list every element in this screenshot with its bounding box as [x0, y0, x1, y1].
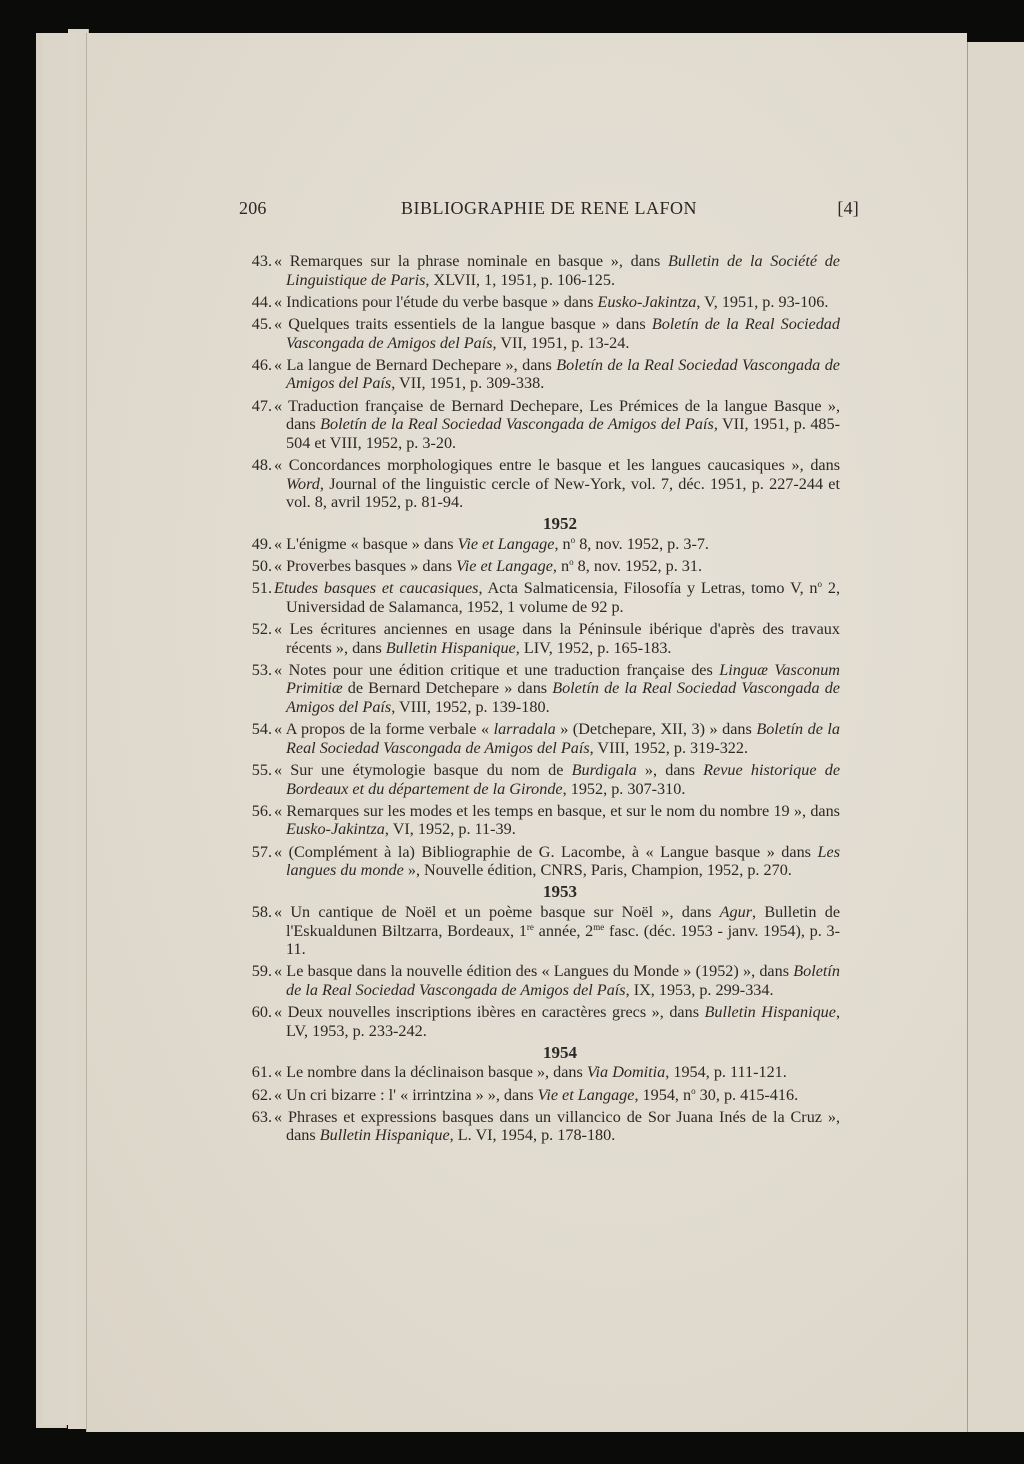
- entry-number: 49.: [240, 535, 272, 554]
- bibliography-list: 43.« Remarques sur la phrase nominale en…: [240, 252, 840, 1149]
- bibliography-entry: 49.« L'énigme « basque » dans Vie et Lan…: [240, 535, 840, 554]
- bibliography-entry: 52.« Les écritures anciennes en usage da…: [240, 620, 840, 657]
- text-segment: « Deux nouvelles inscriptions ibères en …: [274, 1003, 705, 1021]
- entry-text: Etudes basques et caucasiques, Acta Salm…: [274, 579, 840, 616]
- entry-text: « Proverbes basques » dans Vie et Langag…: [274, 557, 840, 576]
- text-segment: , n: [554, 535, 570, 553]
- bibliography-entry: 59.« Le basque dans la nouvelle édition …: [240, 962, 840, 999]
- entry-number: 51.: [240, 579, 272, 598]
- text-segment: , V, 1951, p. 93-106.: [696, 293, 828, 311]
- text-segment: « Le nombre dans la déclinaison basque »…: [274, 1063, 587, 1081]
- entry-text: « Un cantique de Noël et un poème basque…: [274, 903, 840, 959]
- entry-text: « A propos de la forme verbale « larrada…: [274, 720, 840, 757]
- entry-text: « Remarques sur la phrase nominale en ba…: [274, 252, 840, 289]
- italic-title: Burdigala: [572, 761, 637, 779]
- entry-number: 56.: [240, 802, 272, 821]
- text-segment: , 1954, p. 111-121.: [665, 1063, 787, 1081]
- entry-text: « Phrases et expressions basques dans un…: [274, 1108, 840, 1145]
- text-segment: « Remarques sur les modes et les temps e…: [274, 802, 840, 820]
- italic-title: Vie et Langage: [538, 1086, 635, 1104]
- entry-number: 44.: [240, 293, 272, 312]
- text-segment: , 1952, p. 307-310.: [563, 780, 686, 798]
- italic-title: Bulletin Hispanique: [320, 1126, 450, 1144]
- text-segment: , VIII, 1952, p. 319-322.: [590, 739, 748, 757]
- text-segment: », Nouvelle édition, CNRS, Paris, Champi…: [404, 861, 792, 879]
- text-segment: « La langue de Bernard Dechepare », dans: [274, 356, 556, 374]
- italic-title: Word: [286, 475, 320, 493]
- entry-number: 55.: [240, 761, 272, 780]
- superscript: me: [593, 922, 604, 932]
- text-segment: « Concordances morphologiques entre le b…: [274, 456, 840, 474]
- italic-title: Bulletin Hispanique: [386, 639, 516, 657]
- text-segment: 30, p. 415-416.: [696, 1086, 799, 1104]
- bibliography-entry: 55.« Sur une étymologie basque du nom de…: [240, 761, 840, 798]
- italic-title: Vie et Langage: [458, 535, 555, 553]
- entry-number: 53.: [240, 661, 272, 680]
- entry-number: 57.: [240, 843, 272, 862]
- text-segment: , XLVII, 1, 1951, p. 106-125.: [425, 271, 615, 289]
- section-marker: [4]: [837, 198, 859, 219]
- entry-number: 52.: [240, 620, 272, 639]
- entry-text: « Un cri bizarre : l' « irrintzina » », …: [274, 1086, 840, 1105]
- text-segment: , IX, 1953, p. 299-334.: [626, 981, 774, 999]
- italic-title: Eusko-Jakintza: [286, 820, 385, 838]
- entry-number: 50.: [240, 557, 272, 576]
- entry-text: « L'énigme « basque » dans Vie et Langag…: [274, 535, 840, 554]
- text-segment: » (Detchepare, XII, 3) » dans: [556, 720, 757, 738]
- italic-title: Etudes basques et caucasiques: [274, 579, 478, 597]
- text-segment: , 1954, n: [634, 1086, 691, 1104]
- entry-number: 48.: [240, 456, 272, 475]
- italic-title: Eusko-Jakintza: [597, 293, 696, 311]
- running-title: BIBLIOGRAPHIE DE RENE LAFON: [239, 198, 859, 219]
- bibliography-entry: 51.Etudes basques et caucasiques, Acta S…: [240, 579, 840, 616]
- italic-title: Via Domitia: [587, 1063, 665, 1081]
- text-segment: , LIV, 1952, p. 165-183.: [516, 639, 672, 657]
- bibliography-entry: 60.« Deux nouvelles inscriptions ibères …: [240, 1003, 840, 1040]
- year-heading: 1953: [240, 883, 840, 902]
- adjacent-page: [966, 42, 1024, 1432]
- entry-number: 60.: [240, 1003, 272, 1022]
- text-segment: « Quelques traits essentiels de la langu…: [274, 315, 652, 333]
- entry-number: 47.: [240, 397, 272, 416]
- text-segment: , VIII, 1952, p. 139-180.: [391, 698, 549, 716]
- italic-title: Vie et Langage: [456, 557, 553, 575]
- page-edge-stack: [48, 33, 69, 1423]
- year-heading: 1954: [240, 1044, 840, 1063]
- entry-number: 46.: [240, 356, 272, 375]
- entry-text: « Quelques traits essentiels de la langu…: [274, 315, 840, 352]
- text-segment: « Remarques sur la phrase nominale en ba…: [274, 252, 668, 270]
- text-segment: , Acta Salmaticensia, Filosofía y Letras…: [478, 579, 817, 597]
- entry-text: « Concordances morphologiques entre le b…: [274, 456, 840, 512]
- entry-number: 59.: [240, 962, 272, 981]
- bibliography-entry: 61.« Le nombre dans la déclinaison basqu…: [240, 1063, 840, 1082]
- text-segment: , VII, 1951, p. 13-24.: [493, 334, 630, 352]
- text-segment: « Un cantique de Noël et un poème basque…: [274, 903, 720, 921]
- entry-text: « Indications pour l'étude du verbe basq…: [274, 293, 840, 312]
- text-segment: « Le basque dans la nouvelle édition des…: [274, 962, 793, 980]
- entry-text: « Sur une étymologie basque du nom de Bu…: [274, 761, 840, 798]
- entry-text: « La langue de Bernard Dechepare », dans…: [274, 356, 840, 393]
- text-segment: 8, nov. 1952, p. 3-7.: [575, 535, 709, 553]
- italic-title: larradala: [494, 720, 556, 738]
- bibliography-entry: 63.« Phrases et expressions basques dans…: [240, 1108, 840, 1145]
- text-segment: « Un cri bizarre : l' « irrintzina » », …: [274, 1086, 538, 1104]
- text-segment: « Sur une étymologie basque du nom de: [274, 761, 572, 779]
- entry-number: 61.: [240, 1063, 272, 1082]
- entry-text: « Remarques sur les modes et les temps e…: [274, 802, 840, 839]
- italic-title: Agur: [720, 903, 752, 921]
- entry-number: 62.: [240, 1086, 272, 1105]
- text-segment: , n: [553, 557, 569, 575]
- text-segment: année, 2: [534, 922, 593, 940]
- entry-text: « Le nombre dans la déclinaison basque »…: [274, 1063, 840, 1082]
- entry-number: 45.: [240, 315, 272, 334]
- bibliography-entry: 48.« Concordances morphologiques entre l…: [240, 456, 840, 512]
- bibliography-entry: 46.« La langue de Bernard Dechepare », d…: [240, 356, 840, 393]
- text-segment: « Notes pour une édition critique et une…: [274, 661, 719, 679]
- italic-title: Bulletin Hispanique: [705, 1003, 836, 1021]
- bibliography-entry: 56.« Remarques sur les modes et les temp…: [240, 802, 840, 839]
- year-heading: 1952: [240, 515, 840, 534]
- text-segment: », dans: [637, 761, 703, 779]
- text-segment: 8, nov. 1952, p. 31.: [574, 557, 702, 575]
- text-segment: « A propos de la forme verbale «: [274, 720, 494, 738]
- entry-number: 58.: [240, 903, 272, 922]
- entry-text: « Les écritures anciennes en usage dans …: [274, 620, 840, 657]
- bibliography-entry: 45.« Quelques traits essentiels de la la…: [240, 315, 840, 352]
- entry-number: 43.: [240, 252, 272, 271]
- entry-number: 54.: [240, 720, 272, 739]
- text-segment: , L. VI, 1954, p. 178-180.: [450, 1126, 616, 1144]
- bibliography-entry: 47.« Traduction française de Bernard Dec…: [240, 397, 840, 453]
- text-segment: « Indications pour l'étude du verbe basq…: [274, 293, 597, 311]
- bibliography-entry: 44.« Indications pour l'étude du verbe b…: [240, 293, 840, 312]
- text-segment: , VI, 1952, p. 11-39.: [385, 820, 516, 838]
- bibliography-entry: 43.« Remarques sur la phrase nominale en…: [240, 252, 840, 289]
- text-segment: « Proverbes basques » dans: [274, 557, 456, 575]
- running-header: 206 BIBLIOGRAPHIE DE RENE LAFON [4]: [239, 198, 859, 222]
- italic-title: Boletín de la Real Sociedad Vascongada d…: [320, 415, 714, 433]
- text-segment: , Journal of the linguistic cercle of Ne…: [286, 475, 840, 512]
- entry-text: « Notes pour une édition critique et une…: [274, 661, 840, 717]
- entry-text: « (Complément à la) Bibliographie de G. …: [274, 843, 840, 880]
- bibliography-entry: 62.« Un cri bizarre : l' « irrintzina » …: [240, 1086, 840, 1105]
- bibliography-entry: 58.« Un cantique de Noël et un poème bas…: [240, 903, 840, 959]
- superscript: re: [527, 922, 534, 932]
- text-segment: , VII, 1951, p. 309-338.: [391, 374, 544, 392]
- bibliography-entry: 53.« Notes pour une édition critique et …: [240, 661, 840, 717]
- text-segment: de Bernard Detchepare » dans: [343, 679, 553, 697]
- bibliography-entry: 50.« Proverbes basques » dans Vie et Lan…: [240, 557, 840, 576]
- entry-text: « Traduction française de Bernard Dechep…: [274, 397, 840, 453]
- entry-number: 63.: [240, 1108, 272, 1127]
- text-segment: « (Complément à la) Bibliographie de G. …: [274, 843, 818, 861]
- bibliography-entry: 54.« A propos de la forme verbale « larr…: [240, 720, 840, 757]
- entry-text: « Le basque dans la nouvelle édition des…: [274, 962, 840, 999]
- bibliography-entry: 57.« (Complément à la) Bibliographie de …: [240, 843, 840, 880]
- entry-text: « Deux nouvelles inscriptions ibères en …: [274, 1003, 840, 1040]
- text-segment: « L'énigme « basque » dans: [274, 535, 458, 553]
